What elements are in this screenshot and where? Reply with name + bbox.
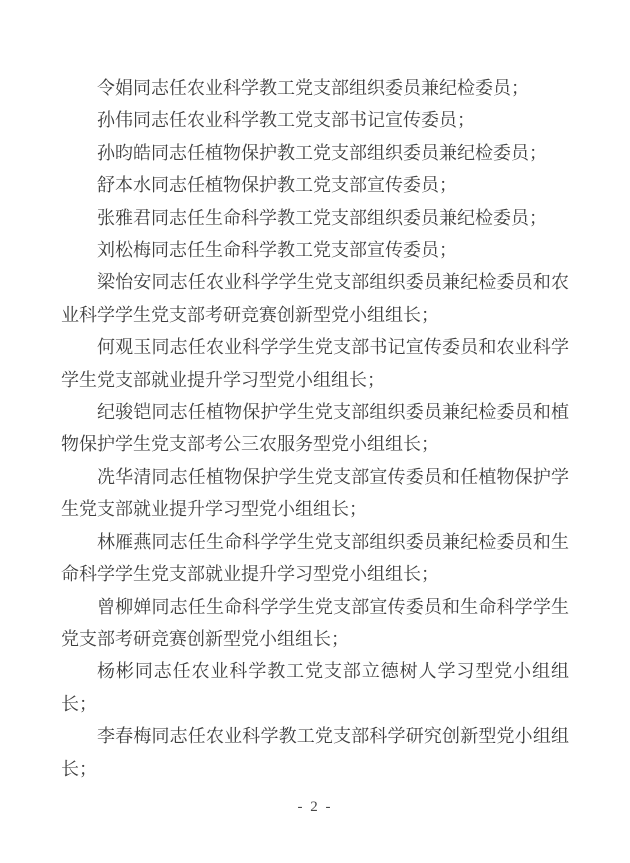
appointment-paragraph-7: 梁怡安同志任农业科学学生党支部组织委员兼纪检委员和农业科学学生党支部考研竞赛创新…: [61, 266, 569, 331]
appointment-paragraph-3: 孙昀皓同志任植物保护教工党支部组织委员兼纪检委员；: [61, 137, 569, 169]
appointment-paragraph-8: 何观玉同志任农业科学学生党支部书记宣传委员和农业科学学生党支部就业提升学习型党小…: [61, 331, 569, 396]
appointment-paragraph-1: 令娟同志任农业科学教工党支部组织委员兼纪检委员；: [61, 72, 569, 104]
appointment-paragraph-5: 张雅君同志任生命科学教工党支部组织委员兼纪检委员；: [61, 202, 569, 234]
appointment-paragraph-14: 李春梅同志任农业科学教工党支部科学研究创新型党小组组长；: [61, 720, 569, 785]
page-number: - 2 -: [0, 799, 630, 816]
appointment-paragraph-9: 纪骏铠同志任植物保护学生党支部组织委员兼纪检委员和植物保护学生党支部考公三农服务…: [61, 396, 569, 461]
appointment-paragraph-10: 冼华清同志任植物保护学生党支部宣传委员和任植物保护学生党支部就业提升学习型党小组…: [61, 461, 569, 526]
appointment-paragraph-11: 林雁燕同志任生命科学学生党支部组织委员兼纪检委员和生命科学学生党支部就业提升学习…: [61, 526, 569, 591]
appointment-paragraph-13: 杨彬同志任农业科学教工党支部立德树人学习型党小组组长；: [61, 655, 569, 720]
appointment-paragraph-6: 刘松梅同志任生命科学教工党支部宣传委员；: [61, 234, 569, 266]
appointment-paragraph-12: 曾柳婵同志任生命科学学生党支部宣传委员和生命科学学生党支部考研竞赛创新型党小组组…: [61, 591, 569, 656]
document-text: 令娟同志任农业科学教工党支部组织委员兼纪检委员； 孙伟同志任农业科学教工党支部书…: [61, 72, 569, 785]
document-page: 令娟同志任农业科学教工党支部组织委员兼纪检委员； 孙伟同志任农业科学教工党支部书…: [0, 0, 630, 863]
appointment-paragraph-2: 孙伟同志任农业科学教工党支部书记宣传委员；: [61, 104, 569, 136]
appointment-paragraph-4: 舒本水同志任植物保护教工党支部宣传委员；: [61, 169, 569, 201]
